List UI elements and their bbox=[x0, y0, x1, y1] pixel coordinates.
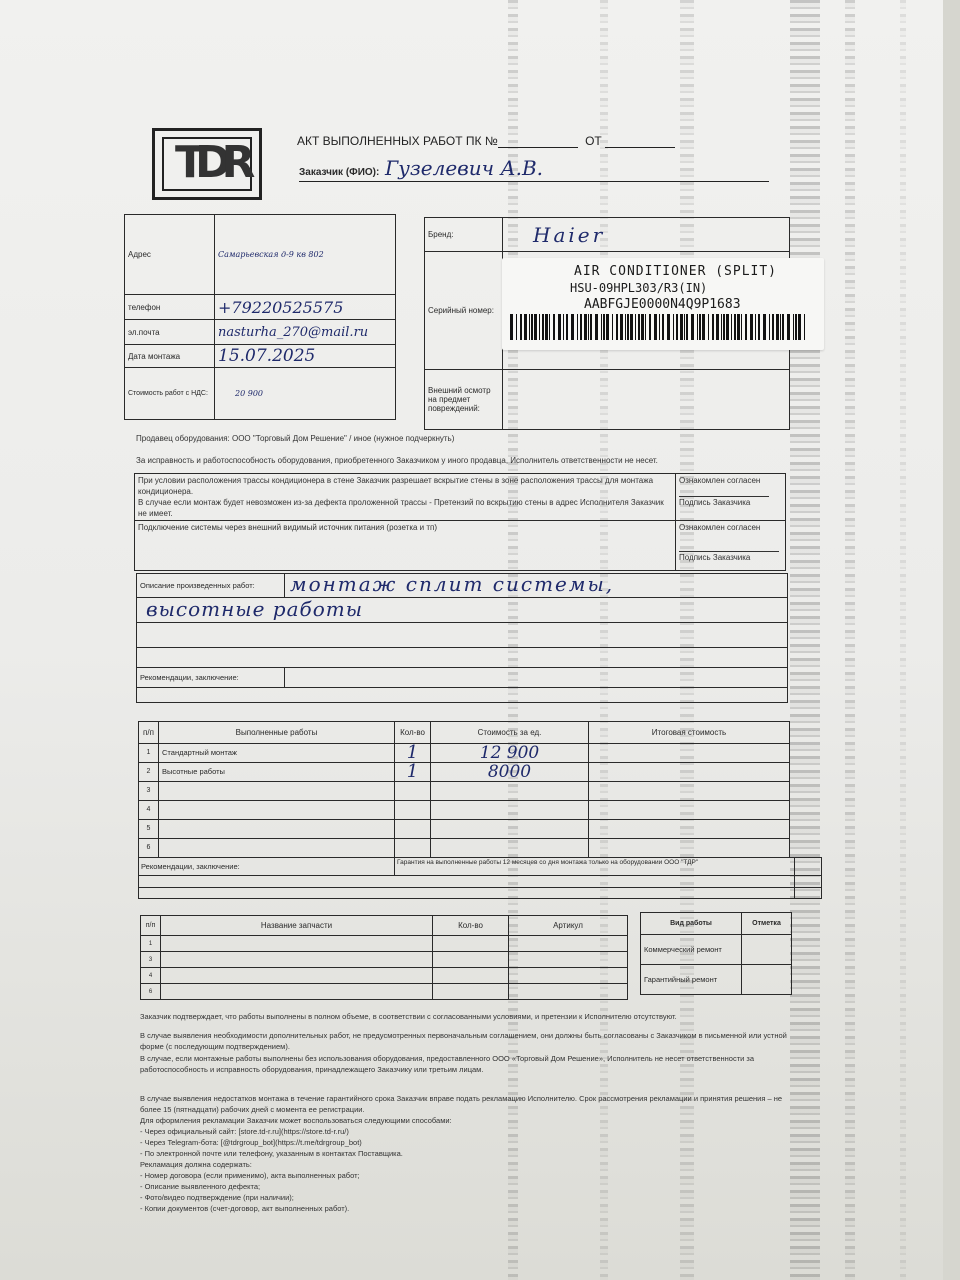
part-qty[interactable] bbox=[433, 952, 509, 968]
brand-value[interactable]: Haier bbox=[503, 218, 790, 252]
work-name[interactable]: Высотные работы bbox=[159, 763, 395, 782]
list-item: - Описание выявленного дефекта; bbox=[140, 1181, 800, 1192]
parts-table: п/п Название запчасти Кол-во Артикул 134… bbox=[140, 915, 628, 1000]
liability-note: За исправность и работоспособность обору… bbox=[136, 456, 658, 465]
act-date-field[interactable] bbox=[605, 136, 675, 148]
cost-label: Стоимость работ с НДС: bbox=[125, 368, 215, 420]
work-total[interactable] bbox=[589, 782, 790, 801]
work-unit-price[interactable] bbox=[431, 839, 589, 858]
condition-1-signature[interactable]: Ознакомлен согласен Подпись Заказчика bbox=[676, 474, 786, 521]
recommend-label: Рекомендации, заключение: bbox=[140, 673, 239, 682]
work-name[interactable] bbox=[159, 839, 395, 858]
work-name[interactable] bbox=[159, 782, 395, 801]
work-qty[interactable]: 1 bbox=[395, 763, 431, 782]
footer-confirmation: Заказчик подтверждает, что работы выполн… bbox=[140, 1011, 800, 1022]
row-number: 6 bbox=[139, 839, 159, 858]
customer-name[interactable]: Гузелевич А.В. bbox=[385, 156, 543, 180]
sticker-model: HSU-09HPL303/R3(IN) bbox=[570, 281, 707, 295]
works-recommend-label: Рекомендации, заключение: bbox=[141, 862, 240, 871]
sticker-serial-number: AABFGJE0000N4Q9P1683 bbox=[584, 297, 741, 312]
table-row: 3 bbox=[139, 782, 790, 801]
work-name[interactable] bbox=[159, 801, 395, 820]
part-qty[interactable] bbox=[433, 984, 509, 1000]
seller-note: Продавец оборудования: ООО "Торговый Дом… bbox=[136, 434, 454, 443]
part-name[interactable] bbox=[161, 952, 433, 968]
number: 6 bbox=[141, 984, 161, 1000]
agree-label: Ознакомлен согласен bbox=[679, 522, 782, 533]
warranty-text: Гарантия на выполненные работы 12 месяце… bbox=[397, 859, 698, 866]
table-row: 6 bbox=[139, 839, 790, 858]
install-date-value[interactable]: 15.07.2025 bbox=[215, 345, 396, 368]
description-value-2[interactable]: высотные работы bbox=[146, 597, 363, 621]
work-total[interactable] bbox=[589, 763, 790, 782]
number: 1 bbox=[141, 936, 161, 952]
serial-sticker: AIR CONDITIONER (SPLIT) HSU-09HPL303/R3(… bbox=[502, 258, 824, 350]
part-qty[interactable] bbox=[433, 936, 509, 952]
footer-third-party: В случае, если монтажные работы выполнен… bbox=[140, 1053, 800, 1075]
work-total[interactable] bbox=[589, 839, 790, 858]
part-article[interactable] bbox=[509, 984, 628, 1000]
inspection-value-cell[interactable] bbox=[503, 370, 790, 430]
footer-claim-content: - Номер договора (если применимо), акта … bbox=[140, 1170, 800, 1214]
phone-label: телефон bbox=[125, 295, 215, 320]
part-article[interactable] bbox=[509, 968, 628, 984]
address-value[interactable]: Самарьевская д-9 кв 802 bbox=[215, 215, 396, 295]
list-item: - Номер договора (если применимо), акта … bbox=[140, 1170, 800, 1181]
part-qty[interactable] bbox=[433, 968, 509, 984]
customer-label: Заказчик (ФИО): bbox=[299, 167, 379, 178]
work-unit-price[interactable] bbox=[431, 820, 589, 839]
list-item: - Через Telegram-бота: [@tdrgroup_bot](h… bbox=[140, 1137, 800, 1148]
copy-streak bbox=[790, 0, 820, 1280]
conditions-table: При условии расположения трассы кондицио… bbox=[134, 473, 786, 571]
number: 3 bbox=[141, 952, 161, 968]
work-qty[interactable]: 1 bbox=[395, 744, 431, 763]
part-article[interactable] bbox=[509, 936, 628, 952]
sign-label: Подпись Заказчика bbox=[679, 552, 782, 563]
footer-claim-methods-title: Для оформления рекламации Заказчик может… bbox=[140, 1115, 800, 1126]
number: 4 bbox=[141, 968, 161, 984]
repair-warranty: Гарантийный ремонт bbox=[641, 965, 742, 995]
col-header-work: Выполненные работы bbox=[159, 722, 395, 744]
logo-text: TDR bbox=[175, 137, 245, 188]
condition-2-signature[interactable]: Ознакомлен согласен Подпись Заказчика bbox=[676, 521, 786, 571]
list-item: - Фото/видео подтверждение (при наличии)… bbox=[140, 1192, 800, 1203]
customer-underline bbox=[299, 181, 769, 182]
table-row: 4 bbox=[141, 968, 628, 984]
work-name[interactable]: Стандартный монтаж bbox=[159, 744, 395, 763]
repair-commercial-mark[interactable] bbox=[742, 935, 792, 965]
agree-label: Ознакомлен согласен bbox=[679, 475, 782, 486]
row-number: 4 bbox=[139, 801, 159, 820]
col-header-total: Итоговая стоимость bbox=[589, 722, 790, 744]
parts-col-number: п/п bbox=[141, 916, 161, 936]
part-article[interactable] bbox=[509, 952, 628, 968]
footer-claim-content-title: Рекламация должна содержать: bbox=[140, 1159, 800, 1170]
parts-col-name: Название запчасти bbox=[161, 916, 433, 936]
works-table: п/п Выполненные работы Кол-во Стоимость … bbox=[138, 721, 790, 858]
install-date-label: Дата монтажа bbox=[125, 345, 215, 368]
part-name[interactable] bbox=[161, 936, 433, 952]
repair-commercial: Коммерческий ремонт bbox=[641, 935, 742, 965]
part-name[interactable] bbox=[161, 984, 433, 1000]
phone-value[interactable]: +79220525575 bbox=[215, 295, 396, 320]
document-title: АКТ ВЫПОЛНЕННЫХ РАБОТ ПК № ОТ bbox=[297, 134, 675, 148]
condition-2-text: Подключение системы через внешний видимы… bbox=[135, 521, 676, 571]
description-label: Описание произведенных работ: bbox=[140, 581, 255, 590]
work-total[interactable] bbox=[589, 744, 790, 763]
table-row: 5 bbox=[139, 820, 790, 839]
footer-additional-works: В случае выявления необходимости дополни… bbox=[140, 1030, 800, 1052]
work-unit-price[interactable] bbox=[431, 782, 589, 801]
parts-col-article: Артикул bbox=[509, 916, 628, 936]
title-from: ОТ bbox=[585, 134, 602, 148]
condition-1: При условии расположения трассы кондицио… bbox=[135, 474, 676, 521]
work-qty[interactable] bbox=[395, 801, 431, 820]
work-unit-price[interactable]: 12 900 bbox=[431, 744, 589, 763]
work-qty[interactable] bbox=[395, 782, 431, 801]
parts-col-qty: Кол-во bbox=[433, 916, 509, 936]
copy-streak bbox=[900, 0, 906, 1280]
address-label: Адрес bbox=[125, 215, 215, 295]
work-qty[interactable] bbox=[395, 839, 431, 858]
work-unit-price[interactable] bbox=[431, 801, 589, 820]
inspection-label: Внешний осмотр на предмет повреждений: bbox=[425, 370, 503, 430]
col-header-number: п/п bbox=[139, 722, 159, 744]
act-number-field[interactable] bbox=[498, 136, 578, 148]
copy-streak bbox=[845, 0, 855, 1280]
table-row: 1 bbox=[141, 936, 628, 952]
repair-warranty-mark[interactable] bbox=[742, 965, 792, 995]
barcode-icon bbox=[510, 314, 810, 340]
description-value-1[interactable]: монтаж сплит системы, bbox=[290, 572, 614, 596]
email-value[interactable]: nasturha_270@mail.ru bbox=[215, 320, 396, 345]
table-row: 6 bbox=[141, 984, 628, 1000]
table-row: 4 bbox=[139, 801, 790, 820]
row-number: 5 bbox=[139, 820, 159, 839]
work-name[interactable] bbox=[159, 820, 395, 839]
repair-col-type: Вид работы bbox=[641, 913, 742, 935]
table-row: 3 bbox=[141, 952, 628, 968]
brand-label: Бренд: bbox=[425, 218, 503, 252]
sticker-product-type: AIR CONDITIONER (SPLIT) bbox=[574, 264, 777, 279]
footer-claim-methods: - Через официальный сайт: [store.td-r.ru… bbox=[140, 1126, 800, 1159]
work-total[interactable] bbox=[589, 801, 790, 820]
table-row: 2Высотные работы18000 bbox=[139, 763, 790, 782]
list-item: - По электронной почте или телефону, ука… bbox=[140, 1148, 800, 1159]
sign-label: Подпись Заказчика bbox=[679, 497, 782, 508]
repair-type-table: Вид работы Отметка Коммерческий ремонт Г… bbox=[640, 912, 792, 995]
cost-value[interactable]: 20 900 bbox=[215, 368, 396, 420]
work-total[interactable] bbox=[589, 820, 790, 839]
client-info-table: Адрес Самарьевская д-9 кв 802 телефон +7… bbox=[124, 214, 396, 420]
email-label: эл.почта bbox=[125, 320, 215, 345]
work-unit-price[interactable]: 8000 bbox=[431, 763, 589, 782]
row-number: 3 bbox=[139, 782, 159, 801]
condition-1-text: При условии расположения трассы кондицио… bbox=[138, 475, 672, 497]
row-number: 1 bbox=[139, 744, 159, 763]
table-row: 1Стандартный монтаж112 900 bbox=[139, 744, 790, 763]
part-name[interactable] bbox=[161, 968, 433, 984]
repair-col-mark: Отметка bbox=[742, 913, 792, 935]
work-qty[interactable] bbox=[395, 820, 431, 839]
col-header-unit-price: Стоимость за ед. bbox=[431, 722, 589, 744]
col-header-qty: Кол-во bbox=[395, 722, 431, 744]
title-text: АКТ ВЫПОЛНЕННЫХ РАБОТ ПК № bbox=[297, 134, 498, 148]
condition-1-text-2: В случае если монтаж будет невозможен из… bbox=[138, 497, 672, 519]
serial-label: Серийный номер: bbox=[425, 252, 503, 370]
list-item: - Через официальный сайт: [store.td-r.ru… bbox=[140, 1126, 800, 1137]
row-number: 2 bbox=[139, 763, 159, 782]
footer-claims: В случае выявления недостатков монтажа в… bbox=[140, 1093, 800, 1115]
company-logo: TDR bbox=[152, 128, 262, 200]
list-item: - Копии документов (счет-договор, акт вы… bbox=[140, 1203, 800, 1214]
